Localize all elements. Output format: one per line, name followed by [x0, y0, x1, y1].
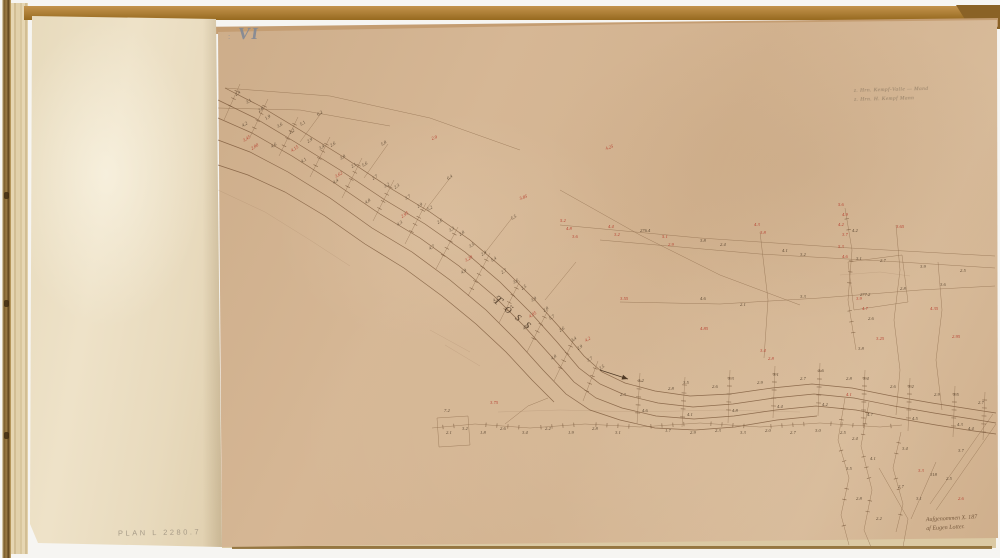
binding-stitch — [4, 192, 9, 199]
archive-plan-stamp: PLAN L 2280.7 — [118, 527, 201, 537]
bottom-board-line — [232, 546, 992, 549]
binding-stitch — [4, 300, 9, 307]
blank-cover-flap — [28, 14, 222, 548]
book-binding-strip — [2, 0, 11, 558]
pencil-note: z. Hrn. Kempf-Valle — Mand z. Hrn. H. Ke… — [854, 83, 994, 105]
sheet-number: VI — [237, 24, 261, 44]
surveyor-inscription: Aufgenommen X. 187 af Eugen Lotter. — [926, 512, 1000, 534]
scanned-plan-page: 2.43.12.84.21.93.62.24.65.12.93.44.12.63… — [0, 0, 1000, 558]
board-edge-band — [24, 6, 1000, 20]
pencil-marks: : — [228, 32, 230, 41]
binding-stitch — [4, 432, 9, 439]
page-edge-stack — [11, 3, 28, 554]
